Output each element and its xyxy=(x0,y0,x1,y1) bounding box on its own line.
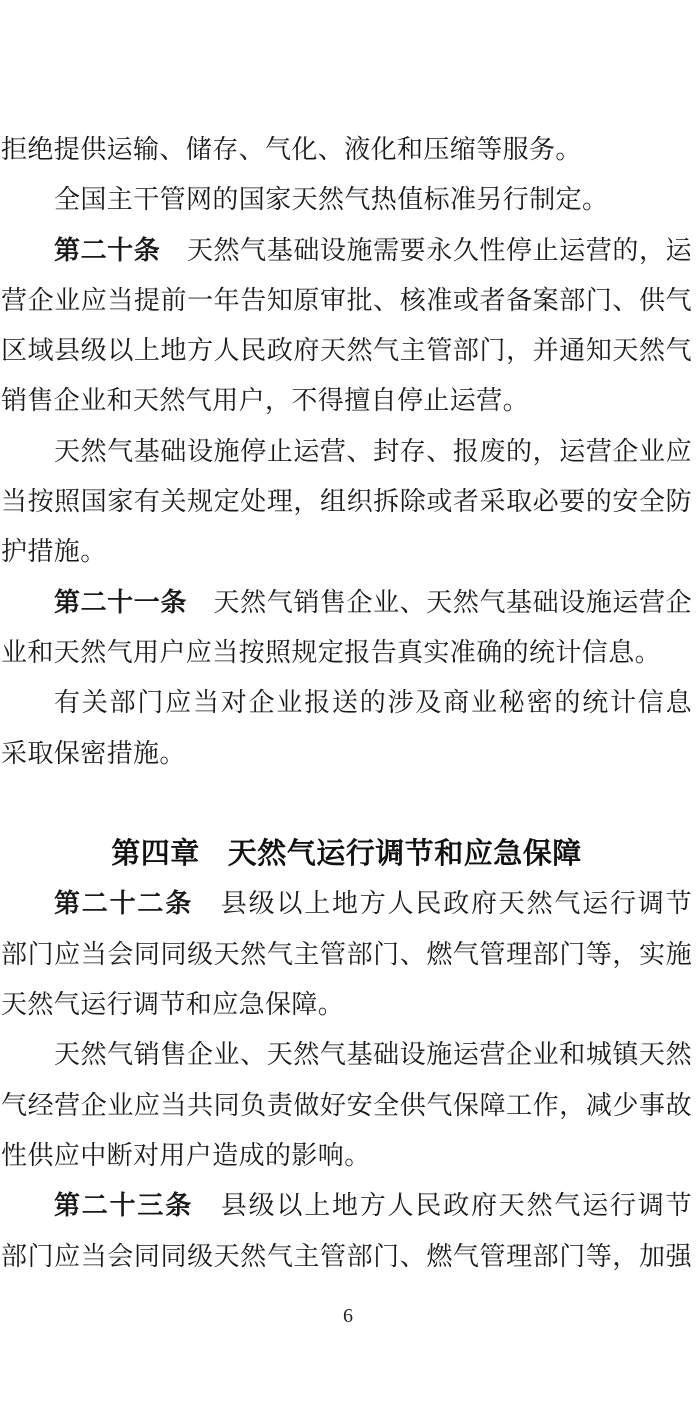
body-line: 有关部门应当对企业报送的涉及商业秘密的统计信息 xyxy=(1,678,692,728)
body-text: 护措施。 xyxy=(1,537,107,566)
body-text: 销售企业和天然气用户，不得擅自停止运营。 xyxy=(1,386,529,415)
article-number: 第二十条 xyxy=(54,236,160,265)
body-line: 护措施。 xyxy=(1,527,692,577)
document-page: 拒绝提供运输、储存、气化、液化和压缩等服务。 全国主干管网的国家天然气热值标准另… xyxy=(0,0,696,1282)
chapter-heading: 第四章天然气运行调节和应急保障 xyxy=(1,829,692,879)
body-line: 当按照国家有关规定处理，组织拆除或者采取必要的安全防 xyxy=(1,477,692,527)
body-line: 业和天然气用户应当按照规定报告真实准确的统计信息。 xyxy=(1,628,692,678)
body-text: 部门应当会同同级天然气主管部门、燃气管理部门等，加强 xyxy=(1,1242,692,1271)
article-number: 第二十二条 xyxy=(54,889,193,918)
body-text: 当按照国家有关规定处理，组织拆除或者采取必要的安全防 xyxy=(1,487,692,516)
body-text: 全国主干管网的国家天然气热值标准另行制定。 xyxy=(54,185,608,214)
body-line: 区域县级以上地方人民政府天然气主管部门，并通知天然气 xyxy=(1,326,692,376)
body-line: 全国主干管网的国家天然气热值标准另行制定。 xyxy=(1,175,692,225)
body-line: 天然气基础设施停止运营、封存、报废的，运营企业应 xyxy=(1,427,692,477)
body-text: 采取保密措施。 xyxy=(1,739,186,768)
body-line: 气经营企业应当共同负责做好安全供气保障工作，减少事故 xyxy=(1,1081,692,1131)
body-text: 区域县级以上地方人民政府天然气主管部门，并通知天然气 xyxy=(1,336,692,365)
body-line: 第二十一条 天然气销售企业、天然气基础设施运营企 xyxy=(1,578,692,628)
body-text: 业和天然气用户应当按照规定报告真实准确的统计信息。 xyxy=(1,638,661,667)
body-text: 气经营企业应当共同负责做好安全供气保障工作，减少事故 xyxy=(1,1091,692,1120)
body-line: 营企业应当提前一年告知原审批、核准或者备案部门、供气 xyxy=(1,276,692,326)
body-text: 天然气基础设施需要永久性停止运营的，运 xyxy=(160,236,692,265)
body-line: 部门应当会同同级天然气主管部门、燃气管理部门等，加强 xyxy=(1,1232,692,1282)
body-line: 部门应当会同同级天然气主管部门、燃气管理部门等，实施 xyxy=(1,930,692,980)
body-line: 销售企业和天然气用户，不得擅自停止运营。 xyxy=(1,376,692,426)
body-line: 性供应中断对用户造成的影响。 xyxy=(1,1131,692,1181)
body-line: 天然气销售企业、天然气基础设施运营企业和城镇天然 xyxy=(1,1030,692,1080)
body-line: 第二十条 天然气基础设施需要永久性停止运营的，运 xyxy=(1,226,692,276)
body-text: 有关部门应当对企业报送的涉及商业秘密的统计信息 xyxy=(54,688,692,717)
body-line: 第二十二条 县级以上地方人民政府天然气运行调节 xyxy=(1,879,692,929)
body-text: 性供应中断对用户造成的影响。 xyxy=(1,1141,371,1170)
chapter-title: 天然气运行调节和应急保障 xyxy=(228,838,582,870)
body-text: 县级以上地方人民政府天然气运行调节 xyxy=(193,889,692,918)
body-text: 营企业应当提前一年告知原审批、核准或者备案部门、供气 xyxy=(1,286,692,315)
body-text: 部门应当会同同级天然气主管部门、燃气管理部门等，实施 xyxy=(1,940,692,969)
article-number: 第二十一条 xyxy=(54,588,187,617)
body-line: 采取保密措施。 xyxy=(1,729,692,779)
body-line: 第二十三条 县级以上地方人民政府天然气运行调节 xyxy=(1,1181,692,1231)
chapter-number: 第四章 xyxy=(111,838,200,870)
body-line: 拒绝提供运输、储存、气化、液化和压缩等服务。 xyxy=(1,125,692,175)
article-number: 第二十三条 xyxy=(54,1191,193,1220)
body-text: 天然气运行调节和应急保障。 xyxy=(1,990,344,1019)
body-text: 拒绝提供运输、储存、气化、液化和压缩等服务。 xyxy=(1,135,582,164)
body-line: 天然气运行调节和应急保障。 xyxy=(1,980,692,1030)
body-text: 天然气销售企业、天然气基础设施运营企业和城镇天然 xyxy=(54,1040,692,1069)
body-text: 县级以上地方人民政府天然气运行调节 xyxy=(193,1191,692,1220)
page-number: 6 xyxy=(0,1299,696,1333)
body-text: 天然气基础设施停止运营、封存、报废的，运营企业应 xyxy=(54,437,692,466)
body-text: 天然气销售企业、天然气基础设施运营企 xyxy=(187,588,692,617)
